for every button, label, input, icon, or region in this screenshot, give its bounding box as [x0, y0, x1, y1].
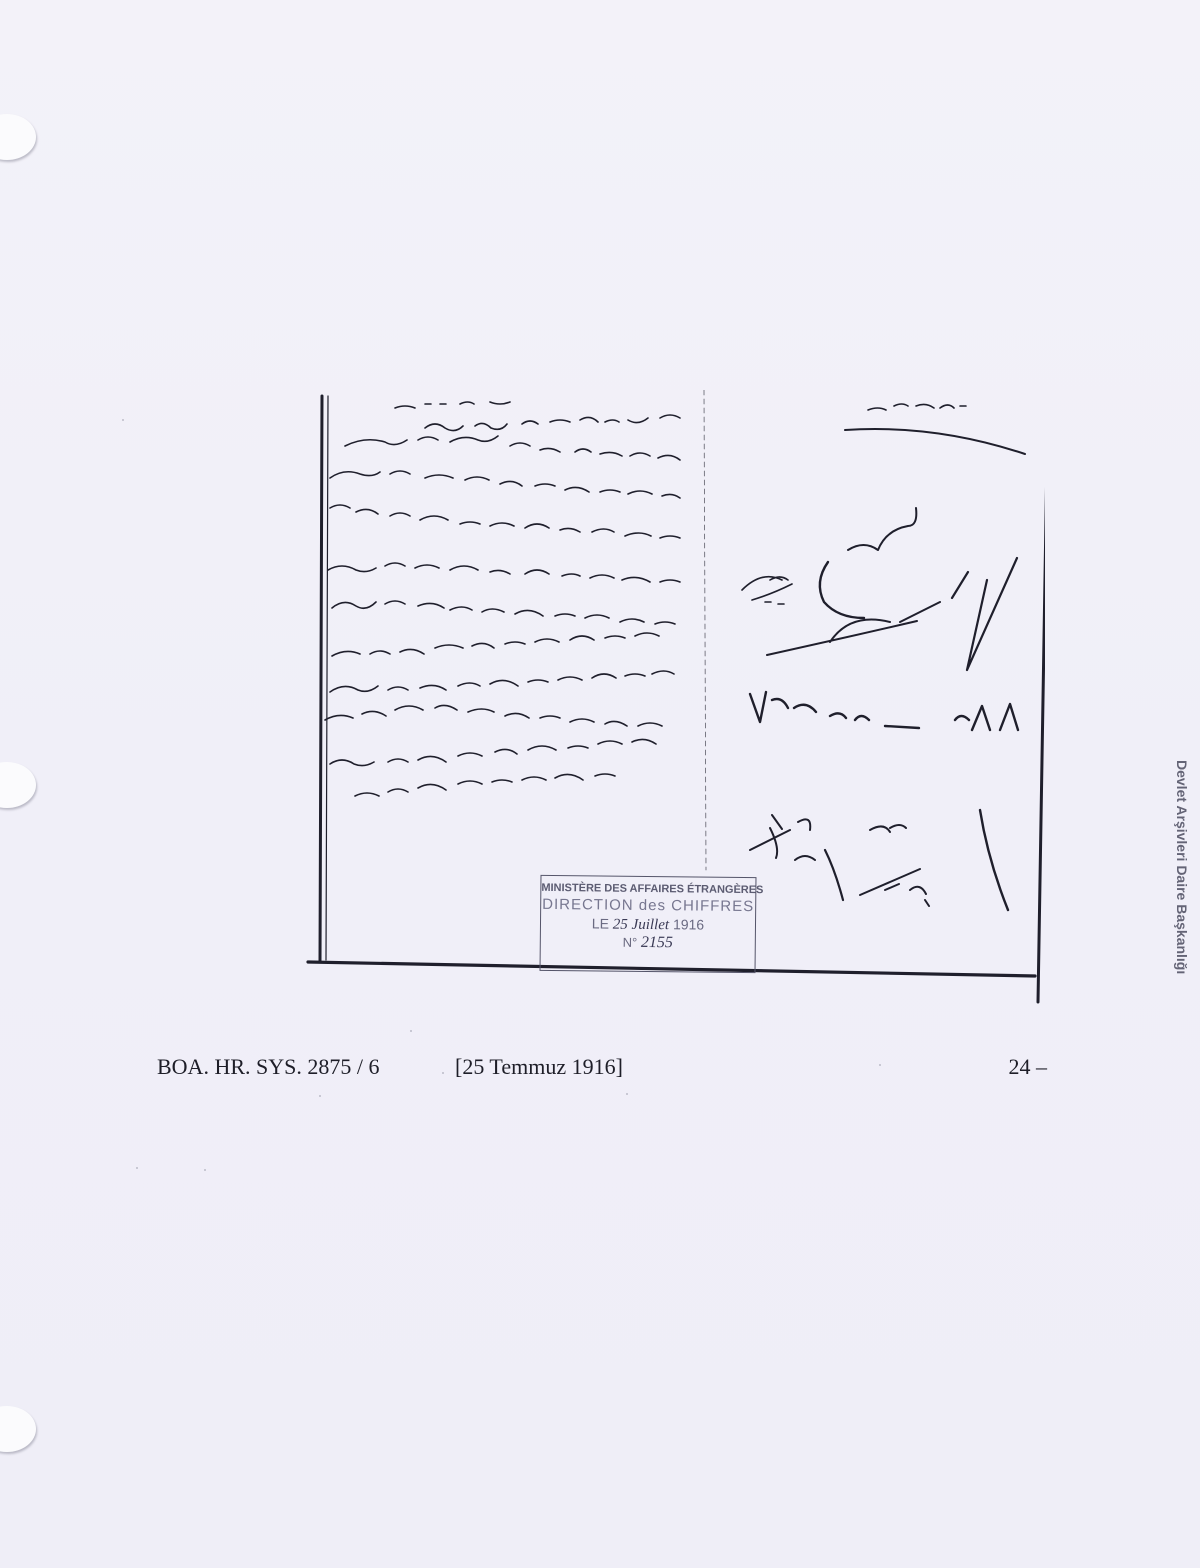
- punch-hole: [0, 114, 36, 160]
- archive-reference: BOA. HR. SYS. 2875 / 6: [157, 1054, 379, 1080]
- stamp-direction-line: DIRECTION des CHIFFRES: [541, 896, 755, 915]
- ministry-stamp: MINISTÈRE DES AFFAIRES ÉTRANGÈRES DIRECT…: [540, 875, 757, 973]
- punch-hole: [0, 1406, 36, 1452]
- archive-caption: BOA. HR. SYS. 2875 / 6 [25 Temmuz 1916] …: [157, 1054, 1047, 1084]
- stamp-number-line: N° 2155: [541, 933, 755, 953]
- document-date: [25 Temmuz 1916]: [455, 1054, 623, 1080]
- stamp-date-handwritten: 25 Juillet: [613, 917, 669, 934]
- punch-hole: [0, 762, 36, 808]
- stamp-date-prefix: LE: [592, 915, 609, 931]
- page-number: 24 –: [1009, 1054, 1048, 1080]
- stamp-number-prefix: N°: [623, 935, 638, 950]
- archive-watermark: Devlet Arşivleri Daire Başkanlığı: [1170, 760, 1190, 980]
- stamp-date-line: LE 25 Juillet 1916: [541, 915, 755, 935]
- stamp-number-handwritten: 2155: [641, 934, 673, 951]
- stamp-ministry-line: MINISTÈRE DES AFFAIRES ÉTRANGÈRES: [541, 882, 755, 896]
- stamp-date-year: 1916: [673, 916, 704, 932]
- scanned-page: MINISTÈRE DES AFFAIRES ÉTRANGÈRES DIRECT…: [0, 0, 1200, 1568]
